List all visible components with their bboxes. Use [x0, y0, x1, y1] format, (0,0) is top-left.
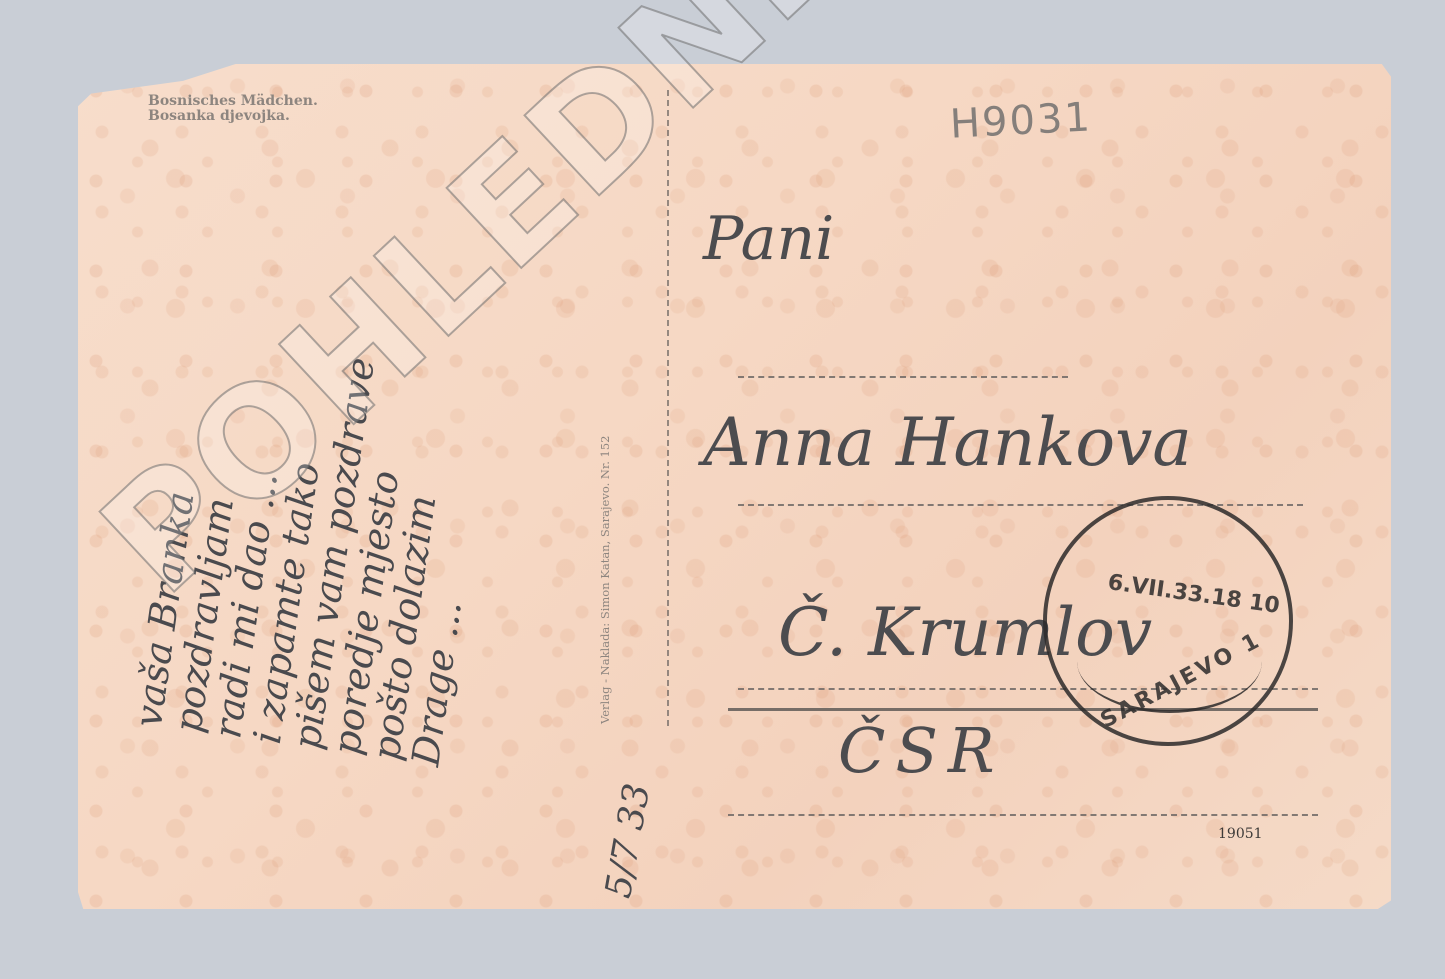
postmark: 6.VII.33.18 10 SARAJEVO 1 — [1043, 496, 1293, 746]
address-country: ČSR — [838, 714, 1005, 787]
postmark-hour-code: 10 — [1247, 590, 1281, 619]
address-name: Anna Hankova — [703, 404, 1192, 481]
publisher-line: Verlag - Naklada: Simon Katan, Sarajevo.… — [598, 436, 612, 724]
handwritten-message: vaša Branka pozdravljam radi mi dao ... … — [128, 333, 500, 769]
address-line-1 — [738, 376, 1068, 378]
card-number: 19051 — [1218, 826, 1263, 842]
caption-german: Bosnisches Mädchen. — [148, 94, 318, 109]
printed-caption: Bosnisches Mädchen. Bosanka djevojka. — [148, 94, 318, 124]
caption-local: Bosanka djevojka. — [148, 109, 318, 124]
postcard-back: Bosnisches Mädchen. Bosanka djevojka. Ve… — [78, 64, 1391, 909]
postmark-date-text: 6.VII.33.18 — [1106, 570, 1243, 614]
handwritten-date: 5/7 33 — [598, 781, 658, 902]
center-divider — [667, 90, 669, 730]
address-line-5 — [728, 814, 1318, 816]
address-salutation: Pani — [703, 204, 834, 274]
pencil-inventory-number: H9031 — [949, 94, 1093, 147]
